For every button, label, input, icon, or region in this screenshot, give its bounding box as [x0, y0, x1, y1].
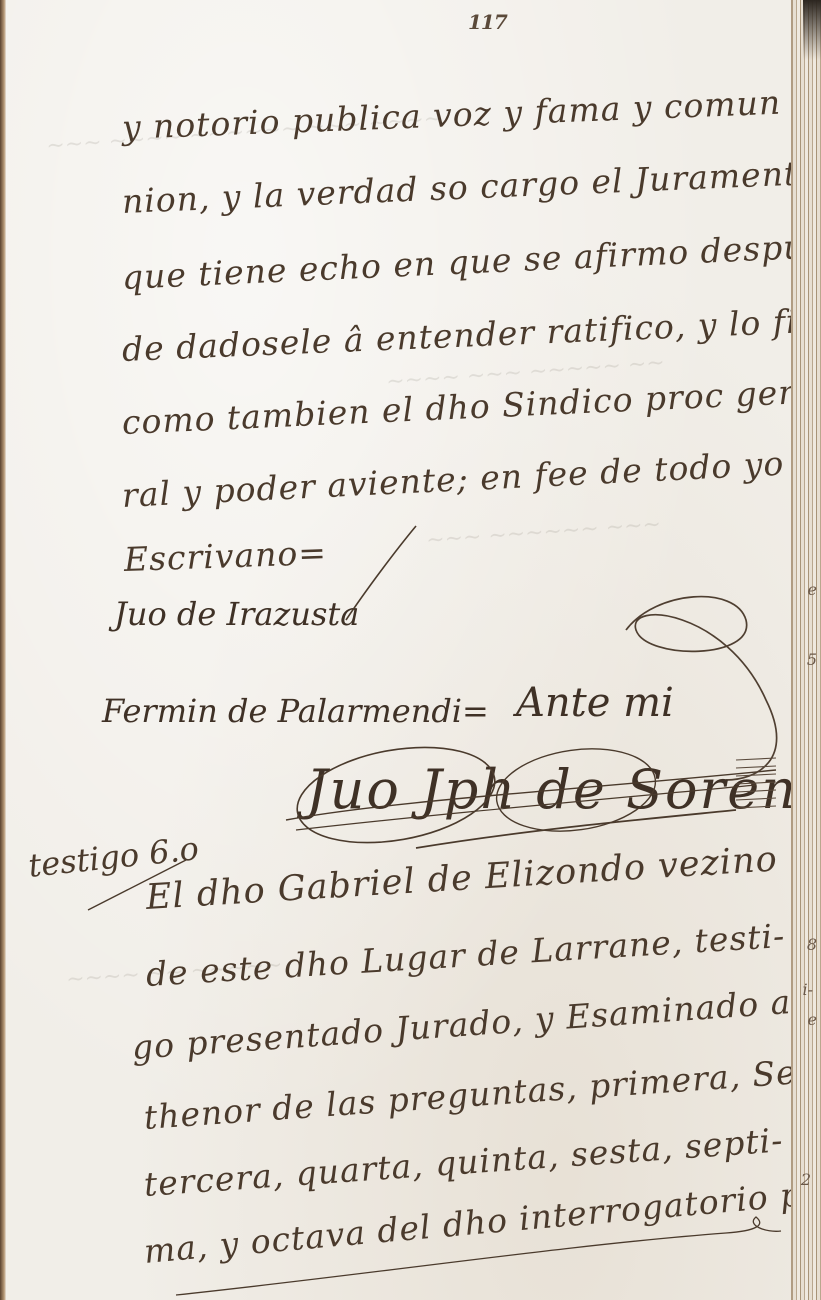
edge-mark: e	[808, 580, 817, 599]
edge-mark: 5	[807, 650, 817, 669]
body-line-3: que tiene echo en que se afirmo despues	[121, 225, 821, 297]
body-line-7: Escrivano=	[123, 533, 327, 579]
body-line-4: de dadosele â entender ratifico, y lo fi…	[121, 298, 821, 369]
edge-mark: i-	[802, 980, 813, 999]
ante-mi-label: Ante mi	[516, 680, 674, 726]
edge-mark: 2	[801, 1170, 811, 1189]
bleed-through-text: ​~~~ ~~~~~~ ~~~	[425, 512, 661, 553]
manuscript-page: ​~~~ ~~~~ ~~~~~~ ~~~ ~~~~ ​~~~~ ~~~ ~~~~…	[6, 0, 801, 1300]
witness-line-4: thenor de las preguntas, primera, Seg.da	[143, 1047, 821, 1137]
signature-palarmendi: Fermin de Palarmendi=	[102, 692, 489, 730]
edge-mark: e	[808, 1010, 817, 1029]
body-line-5: como tambien el dho Sindico proc gene-	[121, 371, 821, 442]
body-line-2: nion, y la verdad so cargo el Juramento	[121, 153, 820, 221]
signature-irazusta: Juo de Irazusta	[114, 595, 359, 633]
page-stack-shadow	[803, 0, 821, 60]
body-line-6: ral y poder aviente; en fee de todo yo e…	[121, 442, 821, 515]
witness-line-1: El dho Gabriel de Elizondo vezino	[145, 839, 779, 918]
edge-mark: 8	[807, 935, 817, 954]
witness-line-2: de este dho Lugar de Larrane, testi-	[145, 916, 786, 994]
manuscript-scan: ​~~~ ~~~~ ~~~~~~ ~~~ ~~~~ ​~~~~ ~~~ ~~~~…	[0, 0, 821, 1300]
notary-signature: Juo Jph de Sorenain	[306, 758, 821, 821]
witness-line-3: go presentado Jurado, y Esaminado al	[131, 981, 804, 1067]
body-line-1: y notorio publica voz y fama y comun opi…	[121, 80, 821, 147]
page-number: 117	[468, 10, 507, 34]
